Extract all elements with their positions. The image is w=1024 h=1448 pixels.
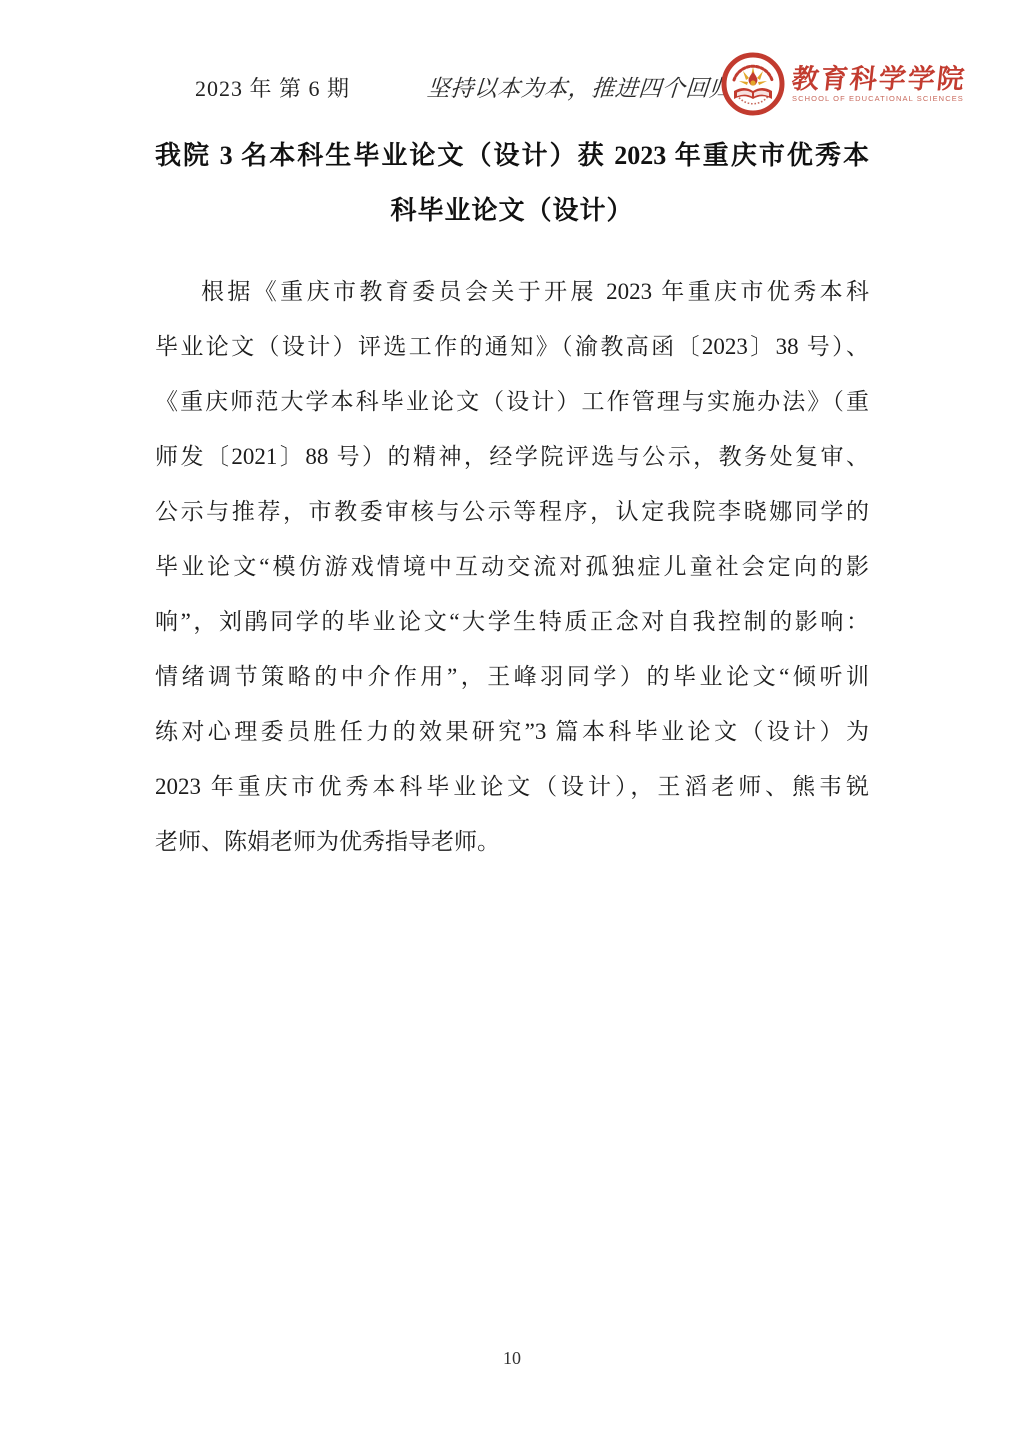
paragraph-line: 《重庆师范大学本科毕业论文（设计）工作管理与实施办法》（重 xyxy=(155,374,869,429)
school-name-en: SCHOOL OF EDUCATIONAL SCIENCES xyxy=(792,94,964,104)
school-logo: 教育科学学院 SCHOOL OF EDUCATIONAL SCIENCES xyxy=(721,52,966,116)
paragraph-line: 毕业论文“模仿游戏情境中互动交流对孤独症儿童社会定向的影 xyxy=(155,539,869,594)
paragraph-line: 师发〔2021〕88 号）的精神，经学院评选与公示，教务处复审、 xyxy=(155,429,869,484)
article-title: 我院 3 名本科生毕业论文（设计）获 2023 年重庆市优秀本 科毕业论文（设计… xyxy=(155,128,869,238)
article-body: 根据《重庆市教育委员会关于开展 2023 年重庆市优秀本科 毕业论文（设计）评选… xyxy=(155,264,869,869)
header-slogan: 坚持以本为本，推进四个回归 xyxy=(426,70,734,103)
paragraph-line: 2023 年重庆市优秀本科毕业论文（设计），王滔老师、熊韦锐 xyxy=(155,759,869,814)
paragraph-line: 情绪调节策略的中介作用”，王峰羽同学）的毕业论文“倾听训 xyxy=(155,649,869,704)
page-header: 2023 年 第 6 期 坚持以本为本，推进四个回归 xyxy=(155,52,869,118)
paragraph-line: 练对心理委员胜任力的效果研究”3 篇本科毕业论文（设计）为 xyxy=(155,704,869,759)
paragraph-line: 公示与推荐，市教委审核与公示等程序，认定我院李晓娜同学的 xyxy=(155,484,869,539)
document-page: 2023 年 第 6 期 坚持以本为本，推进四个回归 xyxy=(0,0,1024,1448)
paragraph-line: 根据《重庆市教育委员会关于开展 2023 年重庆市优秀本科 xyxy=(155,264,869,319)
issue-label: 2023 年 第 6 期 xyxy=(195,72,350,103)
paragraph-line: 老师、陈娟老师为优秀指导老师。 xyxy=(155,814,869,869)
article-title-line-1: 我院 3 名本科生毕业论文（设计）获 2023 年重庆市优秀本 xyxy=(155,128,869,183)
paragraph-line: 毕业论文（设计）评选工作的通知》（渝教高函〔2023〕38 号）、 xyxy=(155,319,869,374)
school-emblem-icon xyxy=(721,52,785,116)
paragraph-line: 响”，刘鹃同学的毕业论文“大学生特质正念对自我控制的影响： xyxy=(155,594,869,649)
page-number: 10 xyxy=(0,1348,1024,1369)
article-title-line-2: 科毕业论文（设计） xyxy=(155,183,869,238)
school-name-cn: 教育科学学院 xyxy=(790,64,967,94)
logo-text: 教育科学学院 SCHOOL OF EDUCATIONAL SCIENCES xyxy=(792,64,966,104)
